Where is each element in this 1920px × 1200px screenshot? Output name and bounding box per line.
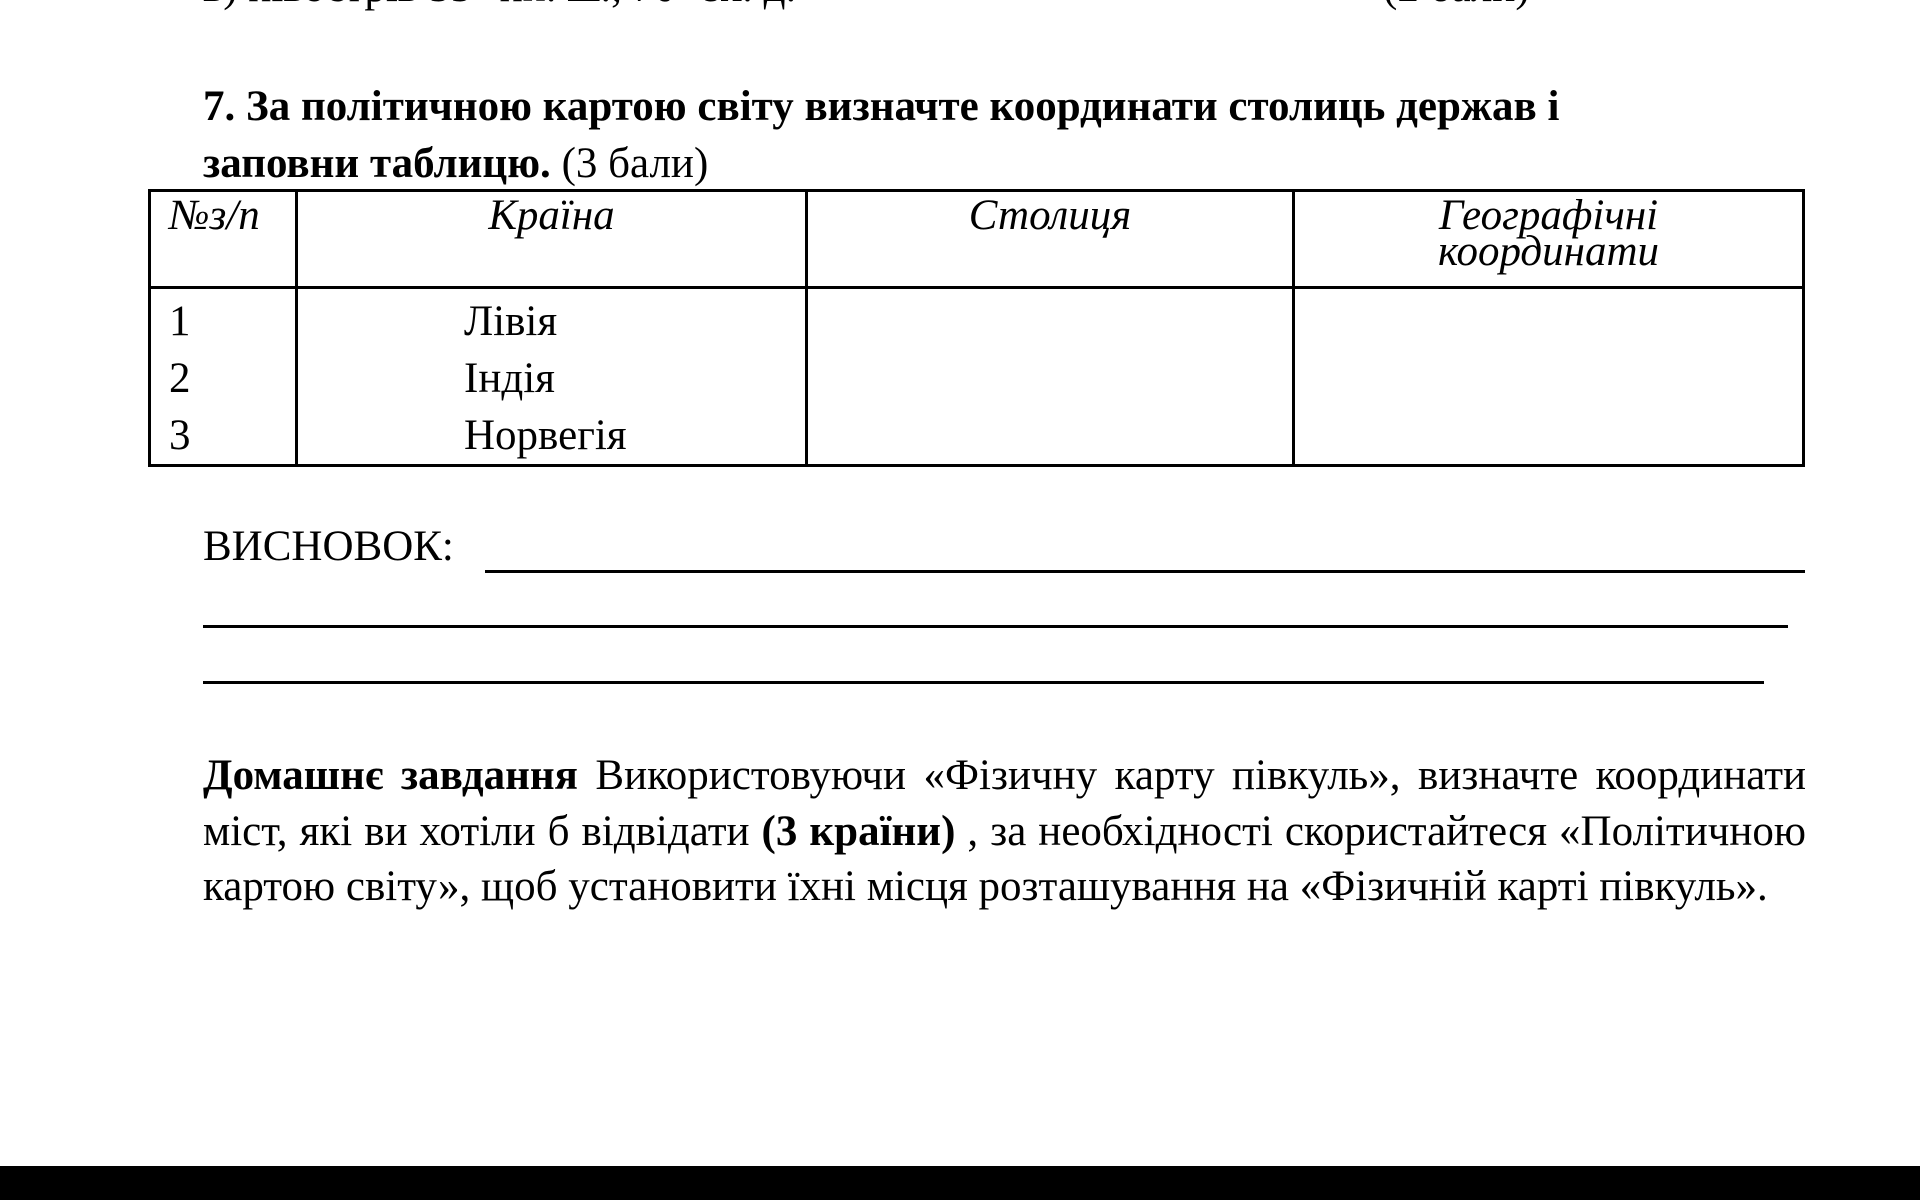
row-country: Лівія [464,293,805,350]
header-coordinates: Географічні координати [1294,191,1804,288]
conclusion-label: ВИСНОВОК: [203,525,454,568]
header-number: №з/п [150,191,297,288]
row-number: 1 [169,293,295,350]
bottom-black-bar [0,1166,1920,1200]
task-title: 7. За політичною картою світу визначте к… [203,83,1559,187]
header-capital: Столиця [807,191,1294,288]
homework-paragraph: Домашнє завдання Використовуючи «Фізичну… [203,748,1806,915]
header-coordinates-line2: координати [1295,234,1802,270]
conclusion-answer-line[interactable] [203,681,1764,684]
row-number: 2 [169,350,295,407]
task-heading: 7. За політичною картою світу визначте к… [203,78,1723,192]
previous-item-points: (2 бали) [1383,0,1530,9]
table-header-row: №з/п Країна Столиця Географічні координа… [150,191,1804,288]
header-country: Країна [297,191,807,288]
homework-title: Домашнє завдання [203,752,578,799]
country-cells: Лівія Індія Норвегія [297,288,807,466]
conclusion-answer-line[interactable] [203,625,1788,628]
homework-emphasis: (3 країни) [762,808,956,855]
capital-answer-cell[interactable] [807,288,1294,466]
row-country: Індія [464,350,805,407]
row-number: 3 [169,407,295,464]
table-body: 1 2 3 Лівія Індія Норвегія [150,288,1804,466]
conclusion-answer-line[interactable] [485,570,1805,573]
capitals-table: №з/п Країна Столиця Географічні координа… [148,189,1805,467]
number-cells: 1 2 3 [150,288,297,466]
row-country: Норвегія [464,407,805,464]
previous-item-text: в) півострів 55° пн. ш., 70° зх. д. [203,0,796,9]
task-points: (3 бали) [562,140,709,187]
coordinates-answer-cell[interactable] [1294,288,1804,466]
